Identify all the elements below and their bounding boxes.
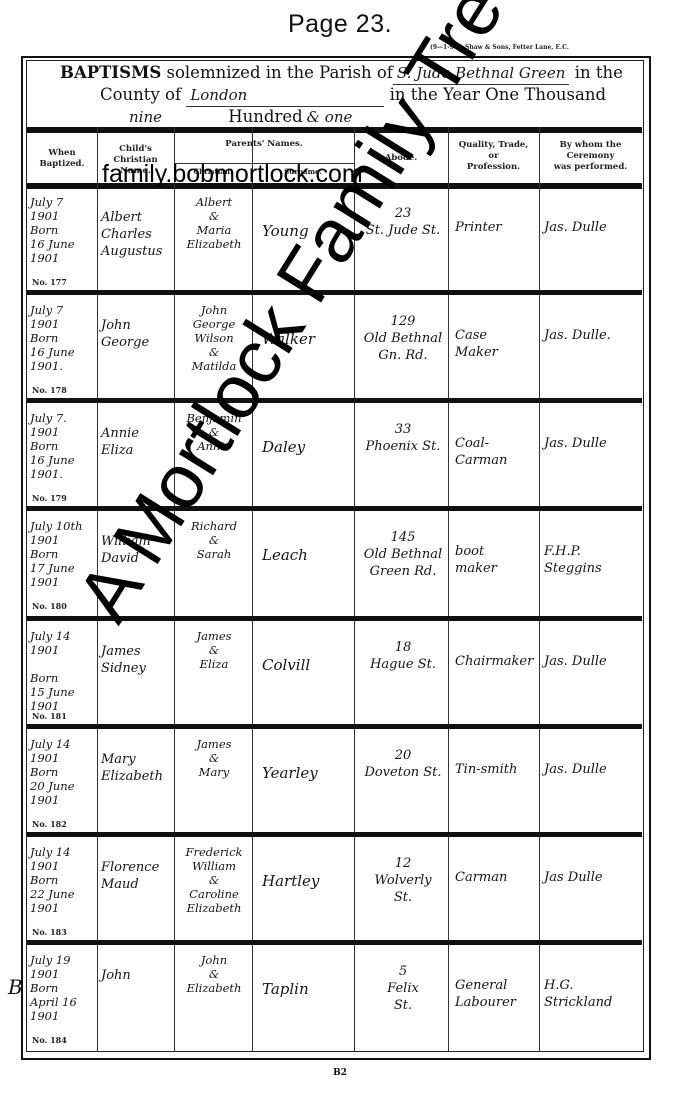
entry-abode: 18 Hague St. (360, 639, 446, 673)
heading-baptisms: BAPTISMS (60, 63, 161, 82)
page-title: Page 23. (0, 10, 680, 39)
entry-child-name: Mary Elizabeth (101, 751, 173, 785)
column-divider (448, 127, 449, 1052)
heading-in-the: in the (575, 63, 623, 82)
col-header-when: When Baptized. (27, 148, 97, 170)
entry-abode: 20 Doveton St. (360, 747, 446, 781)
entry-officiant: Jas. Dulle (544, 761, 640, 778)
entry-when-baptized: July 7. 1901 Born 16 June 1901. (30, 411, 96, 481)
entry-quality: Case Maker (455, 327, 537, 361)
entry-child-name: Florence Maud (101, 859, 173, 893)
entry-parents-christian: Frederick William & Caroline Elizabeth (178, 845, 250, 915)
row-separator (27, 940, 642, 945)
entry-surname: Hartley (262, 873, 352, 890)
entry-when-baptized: July 14 1901 Born 22 June 1901 (30, 845, 96, 915)
entry-parents-christian: John & Elizabeth (178, 953, 250, 995)
entry-when-baptized: July 7 1901 Born 16 June 1901 (30, 195, 96, 265)
entry-number: No. 178 (32, 385, 67, 395)
entry-quality: General Labourer (455, 977, 537, 1011)
entry-number: No. 184 (32, 1035, 67, 1045)
margin-note: B (8, 975, 23, 999)
entry-number: No. 180 (32, 601, 67, 611)
row-separator (27, 398, 642, 403)
entry-number: No. 183 (32, 927, 67, 937)
entry-parents-christian: Albert & Maria Elizabeth (178, 195, 250, 251)
entry-abode: 129 Old Bethnal Gn. Rd. (360, 313, 446, 364)
entry-number: No. 179 (32, 493, 67, 503)
entry-quality: Coal- Carman (455, 435, 537, 469)
entry-number: No. 181 (32, 711, 67, 721)
entry-officiant: Jas. Dulle (544, 653, 640, 670)
col-header-by-whom: By whom the Ceremony was performed. (539, 140, 642, 173)
column-divider (174, 127, 175, 1052)
page-footer: B2 (0, 1068, 680, 1078)
entry-parents-christian: James & Eliza (178, 629, 250, 671)
entry-surname: Daley (262, 439, 352, 456)
entry-quality: Tin-smith (455, 761, 537, 778)
entry-surname: Leach (262, 547, 352, 564)
entry-child-name: Albert Charles Augustus (101, 209, 173, 260)
entry-abode: 12 Wolverly St. (360, 855, 446, 906)
entry-officiant: Jas. Dulle (544, 435, 640, 452)
entry-abode: 5 Felix St. (360, 963, 446, 1014)
entry-quality: boot maker (455, 543, 537, 577)
row-separator (27, 832, 642, 837)
entry-officiant: Jas. Dulle. (544, 327, 640, 344)
entry-parents-christian: James & Mary (178, 737, 250, 779)
entry-surname: Yearley (262, 765, 352, 782)
entry-officiant: Jas Dulle (544, 869, 640, 886)
hundred-label: Hundred (228, 107, 302, 126)
entry-officiant: H.G. Strickland (544, 977, 640, 1011)
entry-when-baptized: July 14 1901 Born 15 June 1901 (30, 629, 96, 713)
column-divider (539, 127, 540, 1052)
entry-quality: Printer (455, 219, 537, 236)
header-rule (27, 127, 642, 133)
entry-officiant: Jas. Dulle (544, 219, 640, 236)
county-field: London (186, 85, 384, 107)
entry-officiant: F.H.P. Steggins (544, 543, 640, 577)
entry-abode: 145 Old Bethnal Green Rd. (360, 529, 446, 580)
entry-abode: 33 Phoenix St. (360, 421, 446, 455)
entry-child-name: James Sidney (101, 643, 173, 677)
col-header-quality: Quality, Trade, or Profession. (448, 140, 539, 173)
entry-when-baptized: July 19 1901 Born April 16 1901 (30, 953, 96, 1023)
column-divider (252, 127, 253, 1052)
entry-child-name: John (101, 967, 173, 984)
entry-number: No. 177 (32, 277, 67, 287)
col-header-parents: Parents' Names. (174, 139, 354, 150)
year-word-field: nine (125, 107, 223, 129)
entry-surname: Taplin (262, 981, 352, 998)
entry-when-baptized: July 14 1901 Born 20 June 1901 (30, 737, 96, 807)
row-separator (27, 724, 642, 729)
entry-when-baptized: July 7 1901 Born 16 June 1901. (30, 303, 96, 373)
entry-quality: Chairmaker (455, 653, 537, 670)
heading-parish-label: solemnized in the Parish of (167, 63, 393, 82)
county-label: County of (100, 85, 181, 104)
entry-number: No. 182 (32, 819, 67, 829)
entry-surname: Colvill (262, 657, 352, 674)
entry-child-name: John George (101, 317, 173, 351)
entry-quality: Carman (455, 869, 537, 886)
